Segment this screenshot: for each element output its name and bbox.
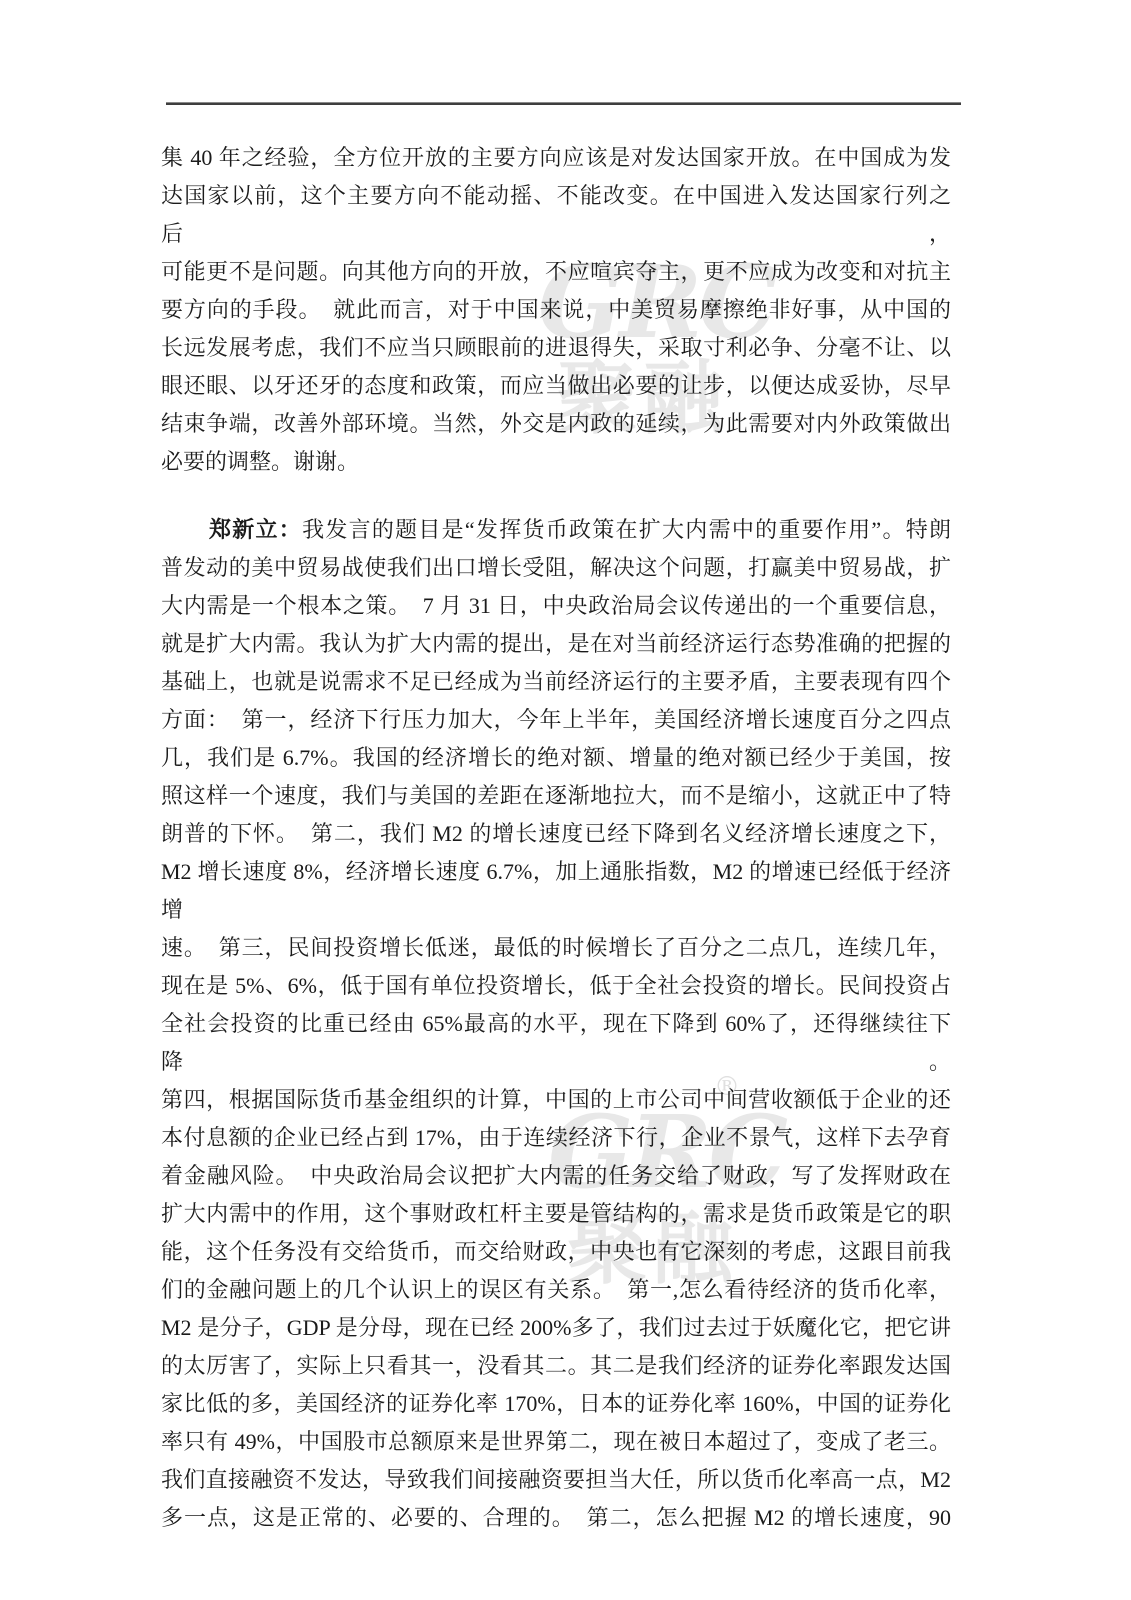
text-line: 要方向的手段。 就此而言，对于中国来说，中美贸易摩擦绝非好事，从中国的 [161,291,951,329]
text-line: 家比低的多，美国经济的证券化率 170%，日本的证券化率 160%，中国的证券化 [161,1385,951,1423]
text-line: M2 是分子，GDP 是分母，现在已经 200%多了，我们过去过于妖魔化它，把它… [161,1309,951,1347]
speaker-name: 郑新立： [209,517,302,542]
document-page: GRC 聚融 ® GRC 聚融 集 40 年之经验，全方位开放的主要方向应该是对… [0,0,1131,1600]
text-line: 方面： 第一，经济下行压力加大，今年上半年，美国经济增长速度百分之四点 [161,701,951,739]
text-line: 本付息额的企业已经占到 17%，由于连续经济下行，企业不景气，这样下去孕育 [161,1119,951,1157]
text-line: 必要的调整。谢谢。 [161,443,951,481]
text-line: 速。 第三，民间投资增长低迷，最低的时候增长了百分之二点几，连续几年， [161,929,951,967]
text-line: 大内需是一个根本之策。 7 月 31 日，中央政治局会议传递出的一个重要信息， [161,587,951,625]
header-rule [166,102,961,105]
text-line: 的太厉害了，实际上只看其一，没看其二。其二是我们经济的证券化率跟发达国 [161,1347,951,1385]
text-line: 几，我们是 6.7%。我国的经济增长的绝对额、增量的绝对额已经少于美国，按 [161,739,951,777]
text-line: 基础上，也就是说需求不足已经成为当前经济运行的主要矛盾，主要表现有四个 [161,663,951,701]
text-line: 全社会投资的比重已经由 65%最高的水平，现在下降到 60%了，还得继续往下降。 [161,1005,951,1081]
text-line: 第四，根据国际货币基金组织的计算，中国的上市公司中间营收额低于企业的还 [161,1081,951,1119]
text-line: 郑新立：我发言的题目是“发挥货币政策在扩大内需中的重要作用”。特朗 [161,511,951,549]
page-body-text: 集 40 年之经验，全方位开放的主要方向应该是对发达国家开放。在中国成为发 达国… [161,139,951,1537]
text-line: 朗普的下怀。 第二，我们 M2 的增长速度已经下降到名义经济增长速度之下， [161,815,951,853]
text-line: 多一点，这是正常的、必要的、合理的。 第二，怎么把握 M2 的增长速度，90 [161,1499,951,1537]
text-line: 可能更不是问题。向其他方向的开放，不应喧宾夺主，更不应成为改变和对抗主 [161,253,951,291]
text-line: 达国家以前，这个主要方向不能动摇、不能改变。在中国进入发达国家行列之后， [161,177,951,253]
text-line: 照这样一个速度，我们与美国的差距在逐渐地拉大，而不是缩小，这就正中了特 [161,777,951,815]
text-line: 集 40 年之经验，全方位开放的主要方向应该是对发达国家开放。在中国成为发 [161,139,951,177]
text-line: 能，这个任务没有交给货币，而交给财政，中央也有它深刻的考虑，这跟目前我 [161,1233,951,1271]
text-line: 结束争端，改善外部环境。当然，外交是内政的延续，为此需要对内外政策做出 [161,405,951,443]
text-line: M2 增长速度 8%，经济增长速度 6.7%，加上通胀指数，M2 的增速已经低于… [161,853,951,929]
text-line: 我们直接融资不发达，导致我们间接融资要担当大任，所以货币化率高一点，M2 [161,1461,951,1499]
text-line: 着金融风险。 中央政治局会议把扩大内需的任务交给了财政，写了发挥财政在 [161,1157,951,1195]
text-line: 就是扩大内需。我认为扩大内需的提出，是在对当前经济运行态势准确的把握的 [161,625,951,663]
text-line: 眼还眼、以牙还牙的态度和政策，而应当做出必要的让步，以便达成妥协，尽早 [161,367,951,405]
text-line: 扩大内需中的作用，这个事财政杠杆主要是管结构的，需求是货币政策是它的职 [161,1195,951,1233]
paragraph-1: 集 40 年之经验，全方位开放的主要方向应该是对发达国家开放。在中国成为发 达国… [161,139,951,481]
text-line: 们的金融问题上的几个认识上的误区有关系。 第一,怎么看待经济的货币化率， [161,1271,951,1309]
speaker-opening-text: 我发言的题目是“发挥货币政策在扩大内需中的重要作用”。特朗 [302,517,951,542]
text-line: 率只有 49%，中国股市总额原来是世界第二，现在被日本超过了，变成了老三。 [161,1423,951,1461]
text-line: 普发动的美中贸易战使我们出口增长受阻，解决这个问题，打赢美中贸易战，扩 [161,549,951,587]
text-line: 长远发展考虑，我们不应当只顾眼前的进退得失，采取寸利必争、分毫不让、以 [161,329,951,367]
paragraph-2: 郑新立：我发言的题目是“发挥货币政策在扩大内需中的重要作用”。特朗 普发动的美中… [161,511,951,1537]
text-line: 现在是 5%、6%，低于国有单位投资增长，低于全社会投资的增长。民间投资占 [161,967,951,1005]
